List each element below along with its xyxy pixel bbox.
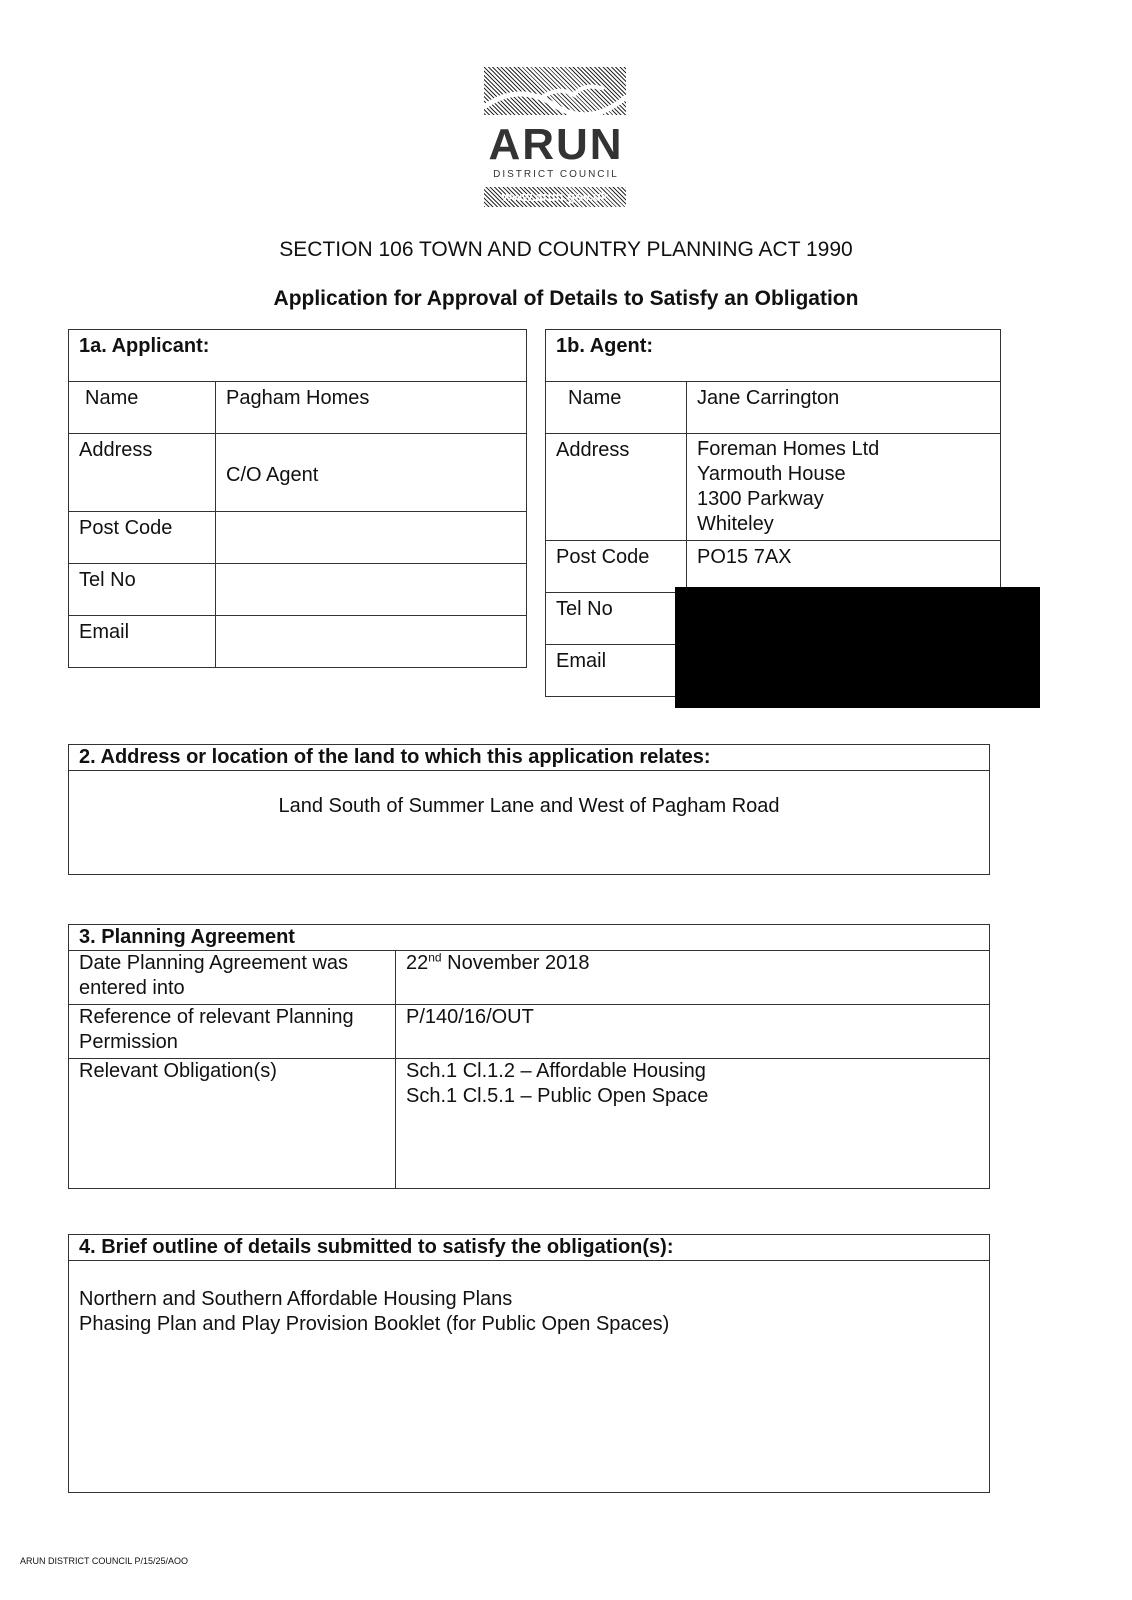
details-outline-table: 4. Brief outline of details submitted to…	[68, 1234, 990, 1493]
agent-email-label: Email	[546, 645, 687, 697]
redaction-block	[675, 587, 1040, 708]
agent-name-field[interactable]: Jane Carrington	[687, 382, 1001, 434]
agreement-date-label: Date Planning Agreement was entered into	[69, 951, 396, 1005]
applicant-tel-field[interactable]	[216, 564, 527, 616]
form-title: Application for Approval of Details to S…	[0, 287, 1132, 311]
applicant-name-field[interactable]: Pagham Homes	[216, 382, 527, 434]
footer-reference: ARUN DISTRICT COUNCIL P/15/25/AOO	[20, 1556, 188, 1566]
applicant-email-label: Email	[69, 616, 216, 668]
applicant-name-label: Name	[69, 382, 216, 434]
agent-name-label: Name	[546, 382, 687, 434]
agent-address-line: Foreman Homes Ltd	[697, 437, 990, 462]
details-line: Phasing Plan and Play Provision Booklet …	[79, 1312, 979, 1337]
date-day: 22	[406, 952, 428, 974]
agent-heading: 1b. Agent:	[546, 330, 1001, 382]
logo-wordmark: ARUN	[484, 123, 628, 167]
permission-reference-field[interactable]: P/140/16/OUT	[396, 1005, 990, 1059]
agent-address-field[interactable]: Foreman Homes Ltd Yarmouth House 1300 Pa…	[687, 434, 1001, 541]
date-rest: November 2018	[442, 952, 590, 974]
agent-address-line: Yarmouth House	[697, 462, 990, 487]
applicant-table: 1a. Applicant: Name Pagham Homes Address…	[68, 329, 527, 668]
land-location-table: 2. Address or location of the land to wh…	[68, 744, 990, 875]
applicant-tel-label: Tel No	[69, 564, 216, 616]
obligation-item: Sch.1 Cl.5.1 – Public Open Space	[406, 1084, 979, 1109]
details-line: Northern and Southern Affordable Housing…	[79, 1287, 979, 1312]
obligations-label: Relevant Obligation(s)	[69, 1059, 396, 1189]
applicant-address-field[interactable]: C/O Agent	[216, 434, 527, 512]
arun-logo: ARUN DISTRICT COUNCIL www.arun.gov.uk	[484, 67, 628, 211]
agent-tel-label: Tel No	[546, 593, 687, 645]
obligation-item: Sch.1 Cl.1.2 – Affordable Housing	[406, 1059, 979, 1084]
agent-postcode-label: Post Code	[546, 541, 687, 593]
applicant-postcode-field[interactable]	[216, 512, 527, 564]
agent-postcode-field[interactable]: PO15 7AX	[687, 541, 1001, 593]
agent-address-line: 1300 Parkway	[697, 487, 990, 512]
obligations-field[interactable]: Sch.1 Cl.1.2 – Affordable Housing Sch.1 …	[396, 1059, 990, 1189]
logo-url: www.arun.gov.uk	[484, 187, 626, 207]
applicant-heading: 1a. Applicant:	[69, 330, 527, 382]
logo-subtitle: DISTRICT COUNCIL	[484, 169, 628, 180]
agent-address-line: Whiteley	[697, 512, 990, 537]
land-location-field[interactable]: Land South of Summer Lane and West of Pa…	[69, 771, 990, 875]
land-location-heading: 2. Address or location of the land to wh…	[69, 745, 990, 771]
applicant-address-label: Address	[69, 434, 216, 512]
permission-reference-label: Reference of relevant Planning Permissio…	[69, 1005, 396, 1059]
act-title: SECTION 106 TOWN AND COUNTRY PLANNING AC…	[0, 238, 1132, 262]
agreement-date-field[interactable]: 22nd November 2018	[396, 951, 990, 1005]
agent-address-label: Address	[546, 434, 687, 541]
planning-agreement-table: 3. Planning Agreement Date Planning Agre…	[68, 924, 990, 1189]
date-suffix: nd	[428, 950, 441, 964]
applicant-postcode-label: Post Code	[69, 512, 216, 564]
details-outline-field[interactable]: Northern and Southern Affordable Housing…	[69, 1261, 990, 1493]
seagull-wave-icon	[484, 67, 626, 127]
planning-agreement-heading: 3. Planning Agreement	[69, 925, 990, 951]
applicant-email-field[interactable]	[216, 616, 527, 668]
details-outline-heading: 4. Brief outline of details submitted to…	[69, 1235, 990, 1261]
